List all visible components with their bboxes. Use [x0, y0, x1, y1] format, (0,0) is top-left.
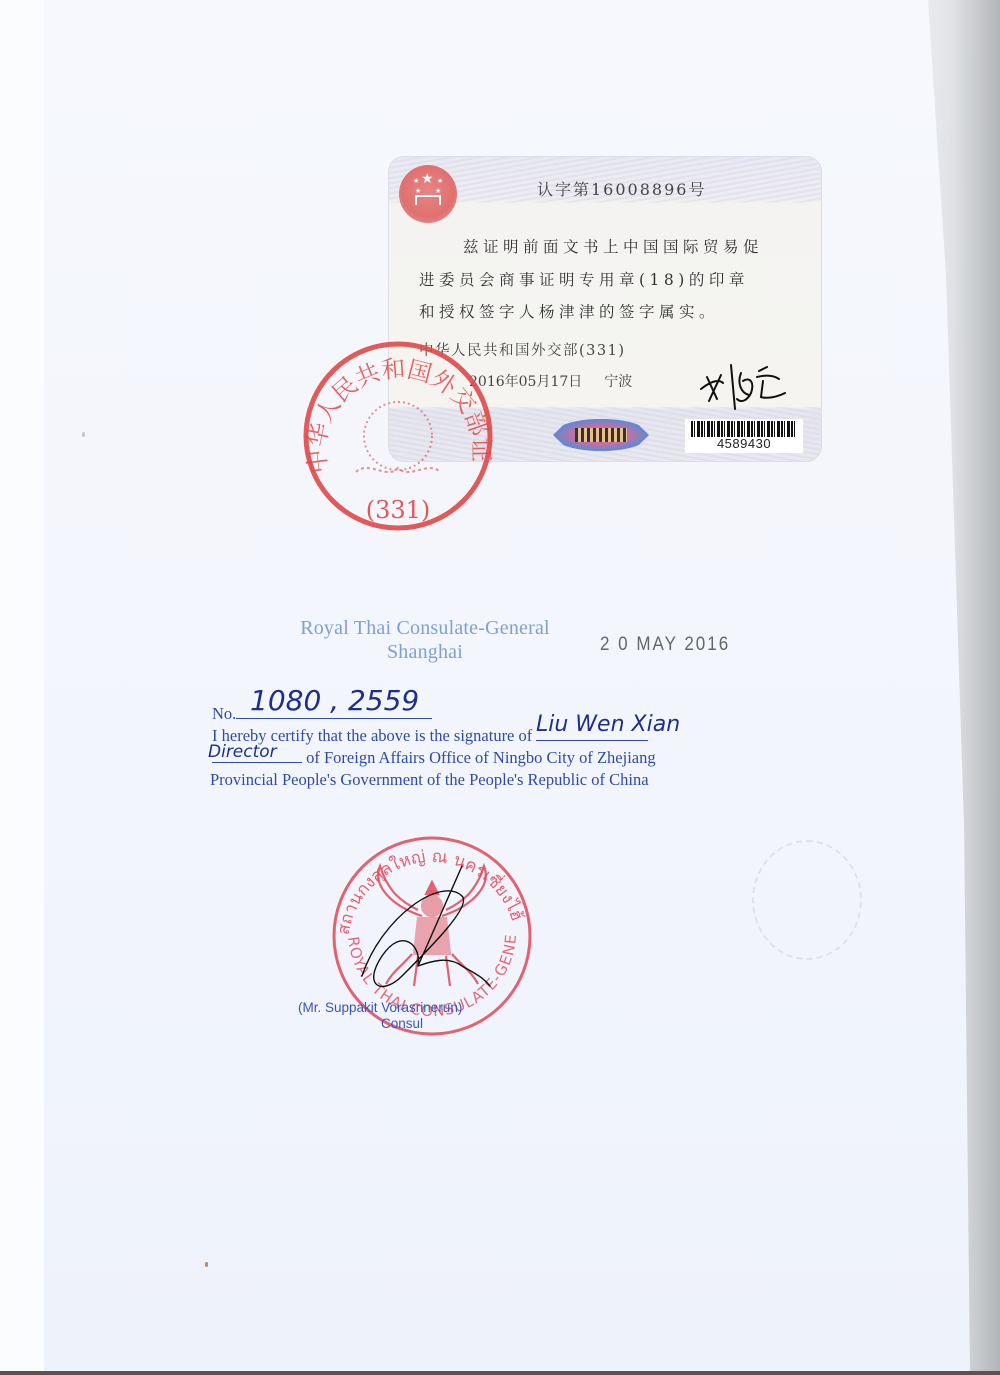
- mfa-seal-icon: 中华人民共和国外交部证件专用章 (331): [298, 340, 498, 532]
- official-signature: [697, 353, 793, 413]
- paper-speck: [82, 432, 85, 437]
- authentication-text: 兹证明前面文书上中国国际贸易促 进委员会商事证明专用章(18)的印章 和授权签字…: [419, 231, 779, 329]
- barcode-number: 4589430: [685, 436, 803, 451]
- certificate-number: 认字第16008896号: [537, 177, 706, 200]
- national-emblem-icon: ★ ★ ★ ★ ★: [399, 165, 457, 223]
- consul-name: (Mr. Suppakit Vorasrinerun): [298, 1000, 462, 1015]
- barcode: 4589430: [685, 419, 803, 453]
- certification-number: 1080 , 2559: [250, 684, 419, 717]
- scan-margin: [0, 0, 44, 1375]
- svg-text:中华人民共和国外交部证件专用章: 中华人民共和国外交部证件专用章: [298, 340, 495, 475]
- embossed-seal: [752, 840, 862, 960]
- signatory-name: Liu Wen Xian: [536, 712, 680, 737]
- hologram-icon: [553, 419, 649, 451]
- consulate-stamp-line2: Shanghai: [270, 640, 580, 664]
- scan-edge: [0, 1371, 1000, 1375]
- office-line: of Foreign Affairs Office of Ningbo City…: [212, 748, 656, 768]
- svg-text:(331): (331): [366, 496, 431, 524]
- stamp-date: 2 0 MAY 2016: [600, 633, 730, 656]
- signatory-title: Director: [208, 742, 277, 762]
- office-text: of Foreign Affairs Office of Ningbo City…: [306, 748, 656, 767]
- document-page: ★ ★ ★ ★ ★ 认字第16008896号 兹证明前面文书上中国国际贸易促 进…: [0, 0, 1000, 1375]
- number-label: No.: [212, 704, 236, 723]
- consul-title: Consul: [381, 1016, 423, 1031]
- body-line: 兹证明前面文书上中国国际贸易促: [419, 231, 779, 264]
- body-line: 和授权签字人杨津津的签字属实。: [419, 296, 779, 329]
- consulate-stamp-line1: Royal Thai Consulate-General: [270, 616, 580, 640]
- body-line: 进委员会商事证明专用章(18)的印章: [419, 264, 779, 297]
- issue-place: 宁波: [604, 374, 632, 390]
- consulate-stamp: Royal Thai Consulate-General Shanghai: [270, 616, 580, 664]
- page-fold-shadow: [880, 0, 1000, 1375]
- paper-speck: [205, 1262, 208, 1267]
- government-line: Provincial People's Government of the Pe…: [210, 770, 649, 790]
